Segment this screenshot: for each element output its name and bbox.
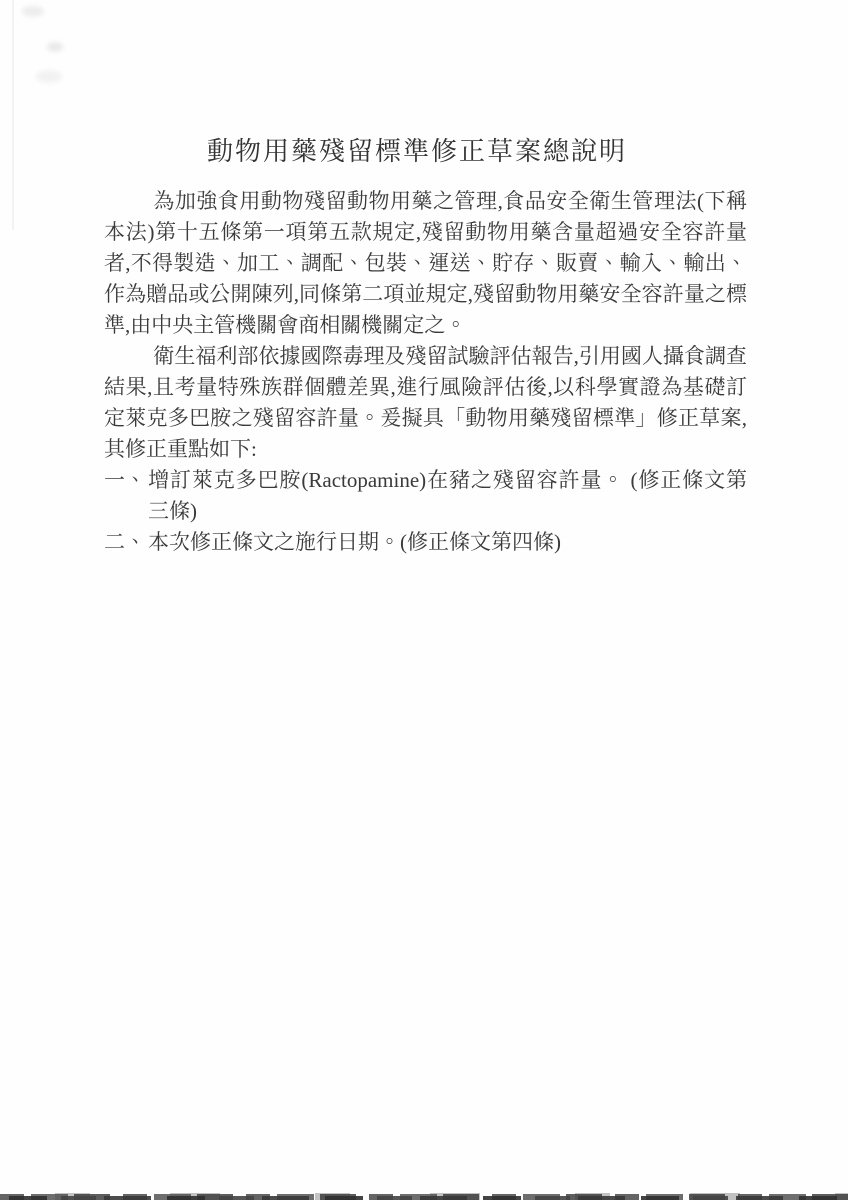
paragraph-legal-basis: 為加強食用動物殘留動物用藥之管理,食品安全衛生管理法(下稱本法)第十五條第一項第… (104, 186, 747, 341)
paragraph-amendment-background: 衛生福利部依據國際毒理及殘留試驗評估報告,引用國人攝食調查結果,且考量特殊族群個… (104, 341, 747, 465)
list-item-marker: 一、 (104, 465, 146, 496)
scanned-document-page: 動物用藥殘留標準修正草案總說明 為加強食用動物殘留動物用藥之管理,食品安全衛生管… (0, 0, 848, 1200)
scan-smudge-artifact (47, 42, 63, 52)
list-item-text: 增訂萊克多巴胺(Ractopamine)在豬之殘留容許量。 (修正條文第三條) (148, 468, 747, 523)
list-item-text: 本次修正條文之施行日期。(修正條文第四條) (148, 530, 561, 554)
scan-left-edge-artifact (12, 0, 14, 230)
scan-edge-artifact (0, 1191, 848, 1200)
list-item-marker: 二、 (104, 527, 146, 558)
revision-point-item: 二、 本次修正條文之施行日期。(修正條文第四條) (104, 527, 747, 558)
revision-point-item: 一、 增訂萊克多巴胺(Ractopamine)在豬之殘留容許量。 (修正條文第三… (104, 465, 747, 527)
document-title: 動物用藥殘留標準修正草案總說明 (92, 131, 742, 168)
revision-points-list: 一、 增訂萊克多巴胺(Ractopamine)在豬之殘留容許量。 (修正條文第三… (104, 465, 747, 558)
document-body: 為加強食用動物殘留動物用藥之管理,食品安全衛生管理法(下稱本法)第十五條第一項第… (104, 186, 747, 558)
scan-smudge-artifact (22, 6, 44, 17)
scan-edge-band (0, 1196, 848, 1200)
scan-smudge-artifact (36, 70, 62, 83)
